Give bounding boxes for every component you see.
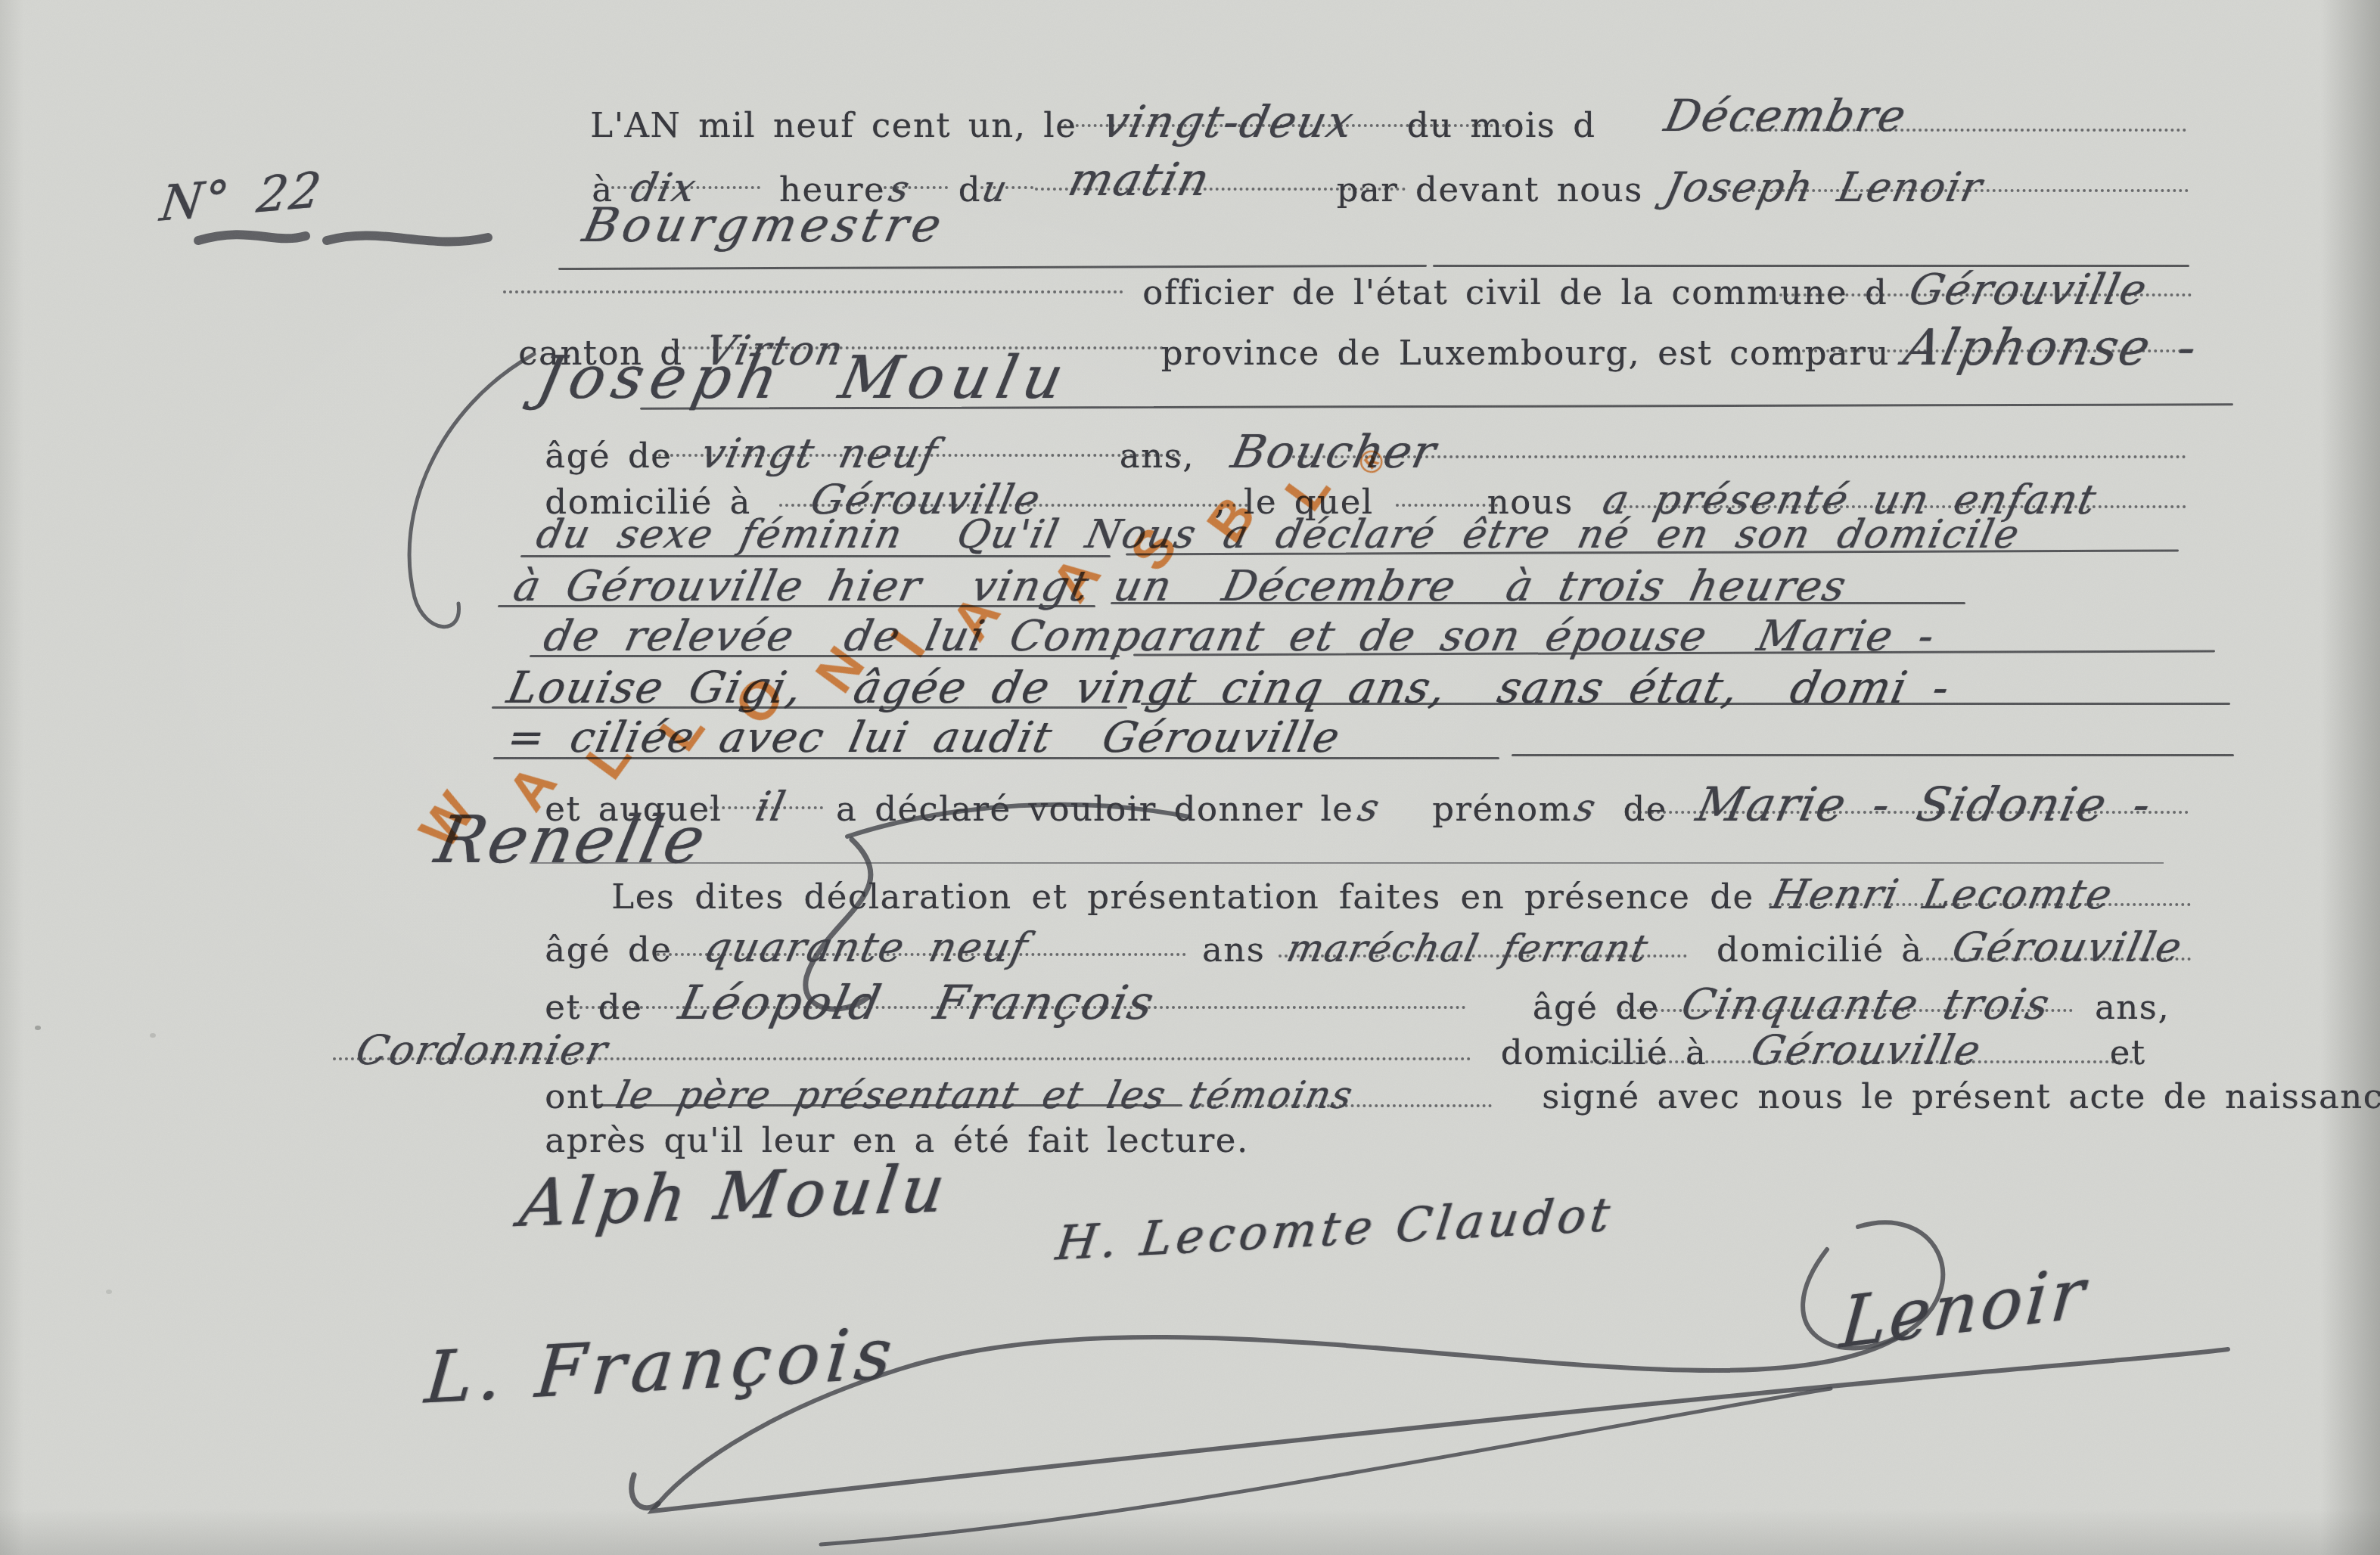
form-line-given-names: et auquelila déclaré vouloir donner lesp… (530, 762, 2151, 846)
handwritten-child-names: Marie - Sidonie - (1692, 777, 2157, 832)
signature-witness1: H. Lecomte Claudot (1053, 1186, 1617, 1271)
watermark-letter: L (648, 699, 717, 762)
margin-flourish (327, 235, 488, 241)
officer-signature-underline (821, 1389, 1831, 1544)
printed-month-label: du mois d (1407, 105, 1596, 145)
watermark-letter: L (573, 727, 643, 790)
paper-speck (35, 1026, 41, 1030)
printed-year-label: L'AN mil neuf cent un, le (590, 105, 1077, 145)
paper-speck (106, 1290, 112, 1294)
signature-declarant: Alph Moulu (515, 1151, 953, 1242)
handwritten-declarant-fullname: Joseph Moulu (532, 344, 1077, 412)
rule-solid (1512, 754, 2234, 756)
watermark-letter: I (878, 619, 937, 668)
handwritten-s1: s (1353, 786, 1384, 830)
margin-act-number: N° 22 (142, 148, 326, 248)
handwritten-officer-name: Joseph Lenoir (1661, 163, 1987, 211)
fill-line-dotted (503, 290, 1123, 293)
printed-before-us: par devant nous (1337, 169, 1643, 210)
handwritten-s2: s (1571, 786, 1601, 830)
act-number: N° 22 (157, 162, 325, 233)
watermark-letter: L (1273, 458, 1343, 522)
francois-comma (632, 1475, 658, 1508)
handwritten-il: il (752, 783, 791, 830)
printed-province-label: province de Luxembourg, est comparu (1161, 333, 1890, 373)
handwritten-declarant-firstname: Alphonse - (1899, 318, 2203, 377)
handwritten-u: u (978, 168, 1012, 210)
form-line-officer-title: Bourgmestre (569, 183, 945, 267)
handwritten-daypart: matin (1063, 154, 1216, 206)
birth-certificate-scan: WALLONIA ASBL® (0, 0, 2380, 1555)
watermark-letter: S (1118, 517, 1190, 582)
printed-prenom: prénom (1432, 789, 1572, 829)
paper-speck (150, 1033, 156, 1038)
printed-declare-donner: a déclaré vouloir donner le (836, 789, 1353, 829)
printed-signed-statement: signé avec nous le présent acte de naiss… (1542, 1076, 2380, 1116)
handwritten-month: Décembre (1660, 90, 1911, 141)
signature-witness2: L. François (422, 1312, 901, 1420)
handwritten-day: vingt-deux (1098, 96, 1359, 147)
signature-officer: Lenoir (1837, 1252, 2090, 1364)
watermark-letter: ® (1351, 440, 1393, 483)
printed-d: d (959, 169, 981, 210)
printed-de: de (1623, 789, 1667, 829)
handwritten-officer-title: Bourgmestre (579, 197, 951, 253)
